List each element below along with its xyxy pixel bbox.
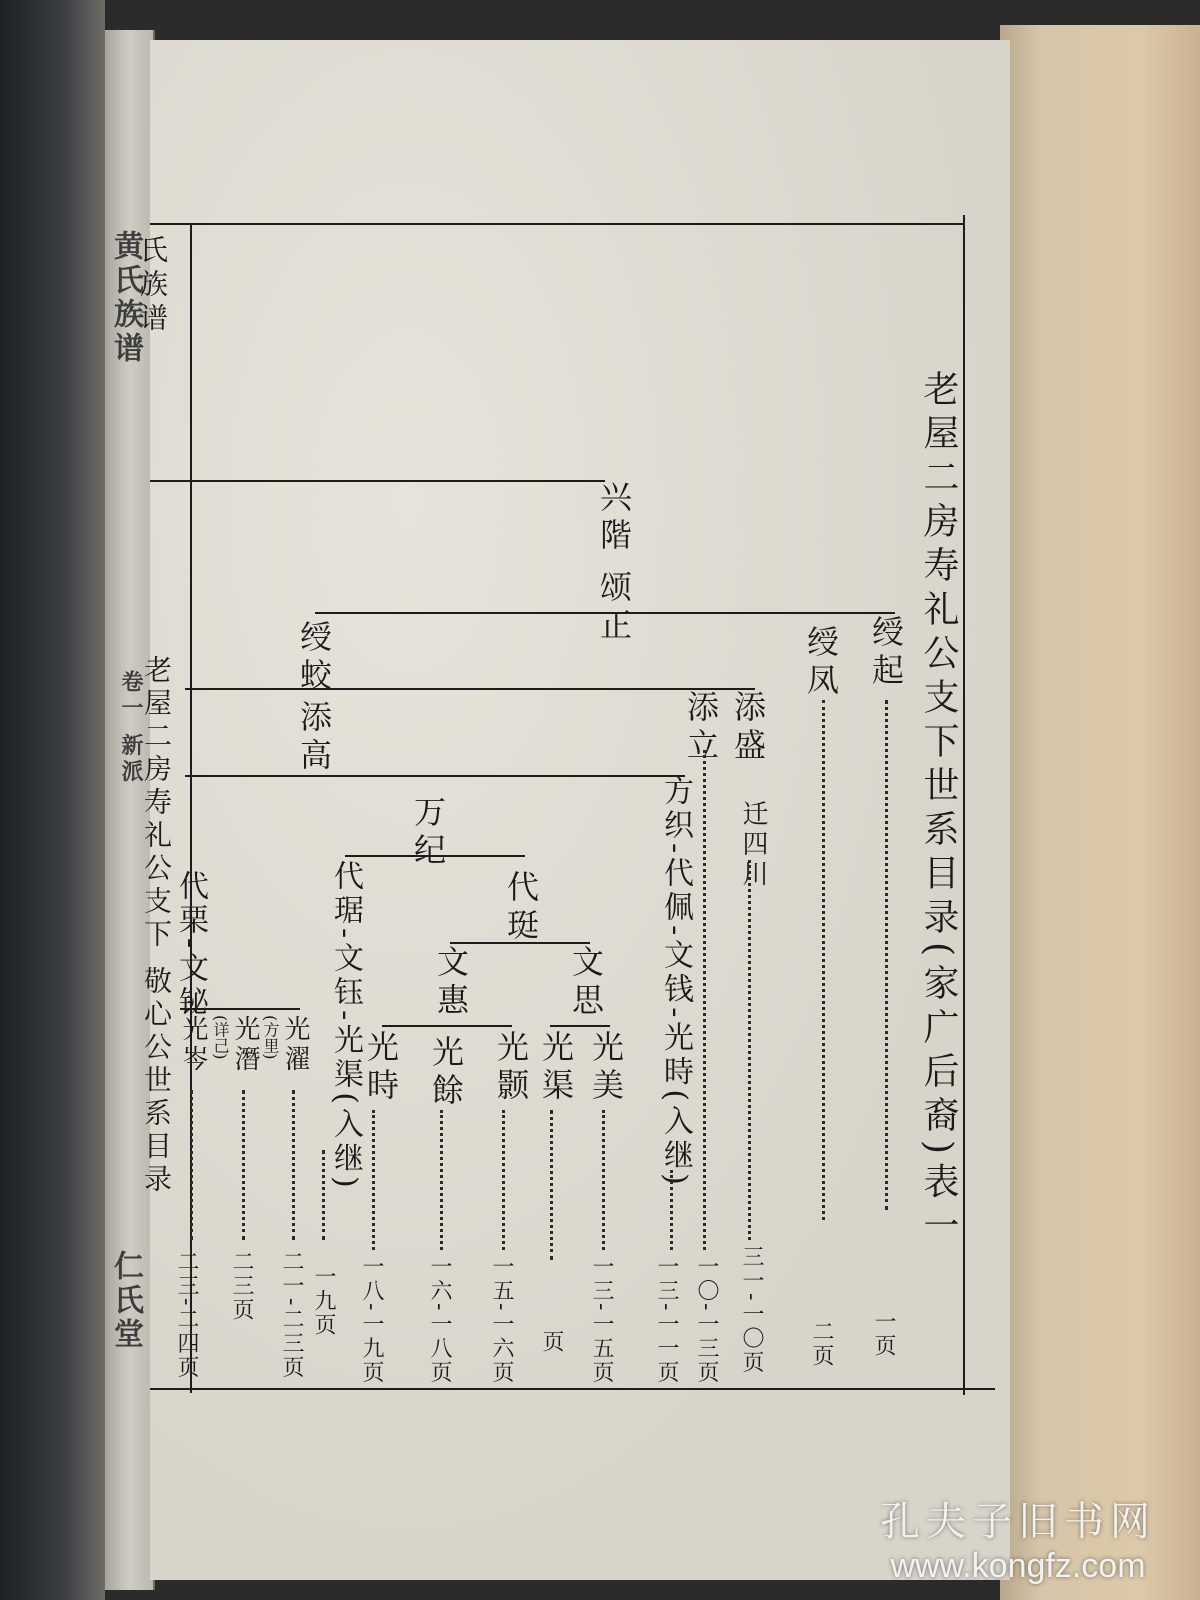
background-left (0, 0, 105, 1600)
gen7-guanghao: 光颢 (495, 1030, 527, 1106)
leader-guangqu-ruji (322, 1150, 325, 1240)
leader-guangqu (550, 1110, 553, 1260)
gen6-line (450, 942, 590, 944)
gen4-fangzhi-lineage: 方织-代佩-文钱-光時(入继) (660, 775, 690, 1189)
watermark: 孔夫子旧书网 www.kongfz.com (880, 1490, 1156, 1586)
gen7-guangzhuo: 光濯 (282, 1015, 308, 1075)
facing-page (1000, 25, 1200, 1600)
gen7-guangcen: 光岑 (180, 1015, 206, 1075)
gen4-wanji: 万纪 (412, 795, 444, 871)
gen6-wenhui: 文惠 (435, 945, 467, 1021)
gen2-line (315, 612, 895, 614)
root-branch-line (150, 480, 605, 482)
gen7-guangqian: 光潛 (232, 1015, 258, 1075)
page-ref-suiqi: 一页 (872, 1310, 894, 1358)
gen3-tiansheng-note: 迁四川 (740, 800, 766, 890)
page-ref-tiansheng: 三一-一〇页 (740, 1245, 762, 1374)
page-ref-guanghao: 一五-一六页 (490, 1255, 512, 1384)
gen7-guangmei: 光美 (590, 1030, 622, 1106)
page-ref-guangmei: 一三-一五页 (590, 1255, 612, 1384)
gen2-suiqi: 绶起 (870, 615, 902, 691)
gen5-daiju-lineage: 代琚-文钰-光渠(入继) (330, 860, 360, 1192)
gen7-guangqian-note: (详己) (212, 1015, 228, 1059)
page-ref-tianli: 一〇-一三页 (695, 1255, 717, 1384)
frame-bottom (150, 1388, 995, 1390)
gen2-suijiao: 绶蛟 (298, 620, 330, 696)
main-title: 老屋二房寿礼公支下世系目录(家广后裔)表一 (920, 370, 956, 1250)
page-ref-guangshi: 一八-一九页 (360, 1255, 382, 1384)
page-ref-suifeng: 二页 (810, 1320, 832, 1368)
gen3-tianli: 添立 (685, 690, 717, 766)
genealogy-page: 氏族谱 老屋二房寿礼公支下世系目录(家广后裔)表一 老屋二房寿礼公支下 敬心公世… (150, 40, 1010, 1580)
page-ref-guangcen: 二三-二四页 (175, 1250, 197, 1379)
leader-suiqi (885, 700, 888, 1210)
leader-guangcen (190, 1090, 193, 1240)
page-ref-guangqu: 页 (540, 1330, 562, 1354)
page-ref-fangzhi: 一三-一一页 (655, 1255, 677, 1384)
gen6-wensi: 文思 (570, 945, 602, 1021)
gen5-daili-lineage: 代栗-文铋 (175, 870, 205, 1020)
page-ref-guangyu: 一六-一八页 (428, 1255, 450, 1384)
page-ref-guangqu-ruji: 一九页 (312, 1265, 334, 1337)
wensi-children-line (550, 1025, 610, 1027)
frame-right (963, 215, 965, 1395)
wenbi-children-line (180, 1008, 300, 1010)
leader-tiansheng (748, 860, 751, 1240)
leader-guangqian (242, 1090, 245, 1240)
gen3-line (185, 688, 755, 690)
frame-top (150, 223, 965, 225)
page-ref-guangzhuo: 二一-二三页 (280, 1250, 302, 1379)
gen3-tiangao: 添高 (298, 700, 330, 776)
header-fragment: 氏族谱 (138, 235, 166, 337)
root-name: 兴階 (598, 480, 630, 556)
leader-guangmei (602, 1110, 605, 1250)
gen4-line (185, 775, 685, 777)
leader-guangzhuo (292, 1090, 295, 1240)
gen3-tiansheng: 添盛 (732, 690, 764, 766)
watermark-url: www.kongfz.com (880, 1547, 1156, 1586)
gen5-daiting: 代珽 (505, 870, 537, 946)
root-suffix: 颂正 (598, 570, 630, 646)
leader-guangyu (440, 1110, 443, 1250)
gen7-guangzhuo-note: (方里) (262, 1015, 278, 1059)
leader-tianli (703, 750, 706, 1250)
gen5-line (345, 855, 525, 857)
leader-suifeng (822, 700, 825, 1220)
watermark-site-name: 孔夫子旧书网 (880, 1490, 1156, 1547)
wenhui-children-line (382, 1025, 512, 1027)
gen7-guangyu: 光餘 (430, 1035, 462, 1111)
leader-guangshi-ruji (670, 1170, 673, 1250)
leader-guangshi (372, 1110, 375, 1250)
gen7-guangqu: 光渠 (540, 1030, 572, 1106)
gen7-guangshi: 光時 (365, 1030, 397, 1106)
gen2-suifeng: 绶凤 (805, 625, 837, 701)
sub-title: 老屋二房寿礼公支下 敬心公世系目录 (142, 655, 170, 1197)
leader-guanghao (502, 1110, 505, 1250)
spine-hall: 仁氏堂 (111, 1250, 147, 1352)
page-ref-guangqian: 二三页 (230, 1250, 252, 1322)
